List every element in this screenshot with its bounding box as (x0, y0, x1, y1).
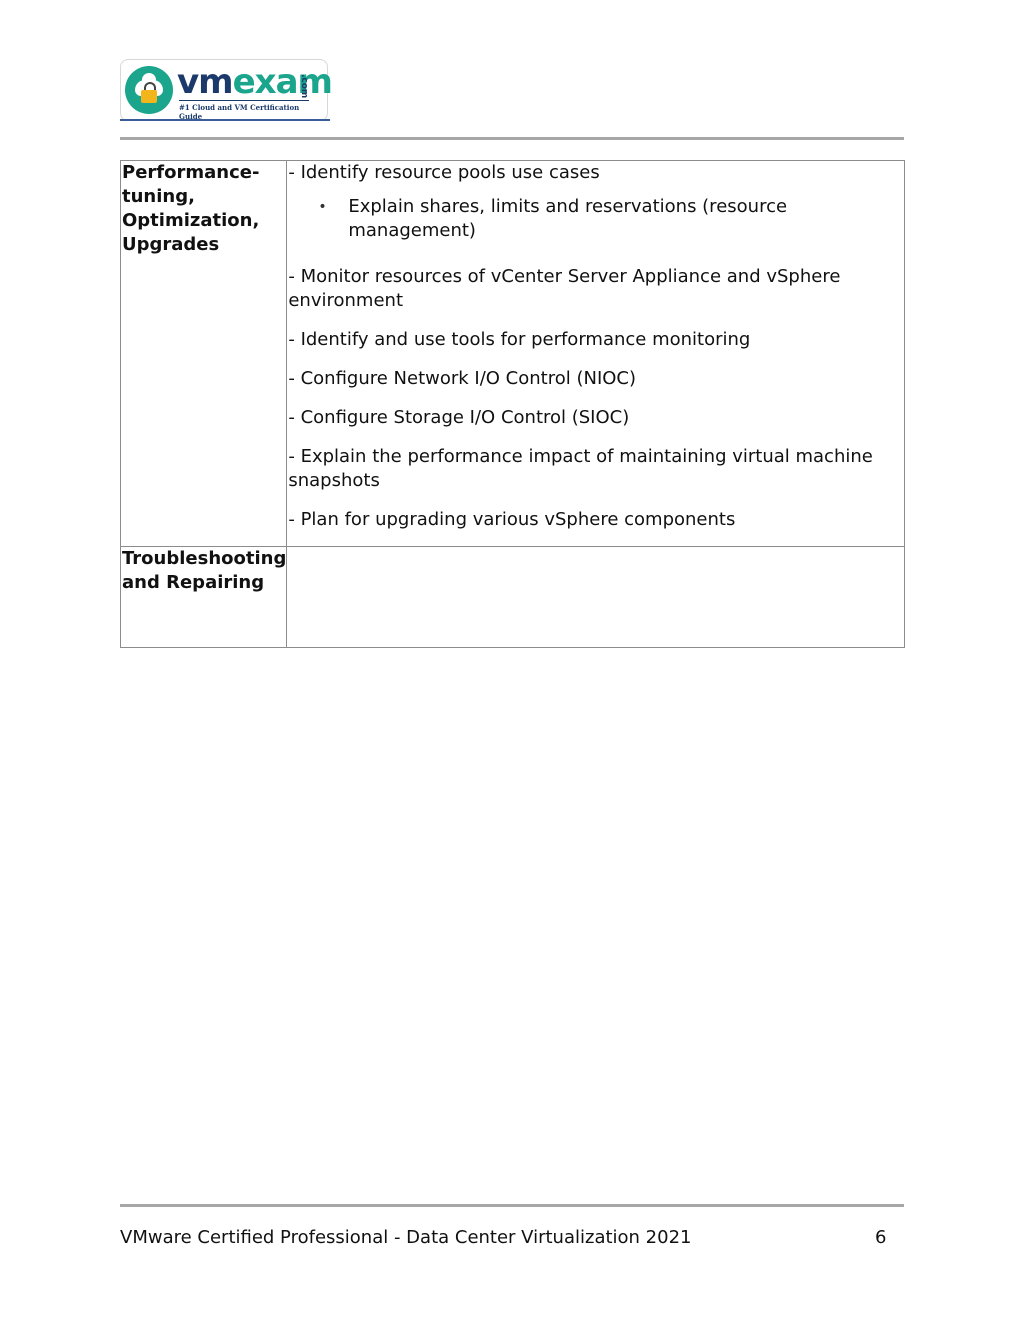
table-row: Performance-tuning, Optimization, Upgrad… (121, 161, 905, 547)
category-cell: Troubleshooting and Repairing (121, 547, 287, 648)
cloud-lock-icon (125, 66, 173, 114)
objective-item: - Plan for upgrading various vSphere com… (288, 508, 904, 532)
category-cell: Performance-tuning, Optimization, Upgrad… (121, 161, 287, 547)
footer-title: VMware Certified Professional - Data Cen… (120, 1227, 691, 1248)
header-divider (120, 137, 904, 140)
page-number: 6 (875, 1227, 886, 1248)
objective-item: - Identify and use tools for performance… (288, 328, 904, 352)
objective-item: - Explain the performance impact of main… (288, 445, 904, 493)
logo-domain-suffix: .com (299, 74, 309, 98)
objective-item: - Configure Storage I/O Control (SIOC) (288, 406, 904, 430)
logo-tagline: #1 Cloud and VM Certification Guide (179, 100, 309, 121)
sub-objective-item: Explain shares, limits and reservations … (348, 195, 904, 243)
logo-underline (120, 119, 330, 121)
footer-divider (120, 1204, 904, 1207)
objective-item: - Monitor resources of vCenter Server Ap… (288, 265, 904, 313)
table-row: Troubleshooting and Repairing (121, 547, 905, 648)
sub-objective-list: Explain shares, limits and reservations … (288, 195, 904, 243)
objectives-cell: - Identify resource pools use cases Expl… (287, 161, 905, 547)
objective-item: - Configure Network I/O Control (NIOC) (288, 367, 904, 391)
objective-item: - Identify resource pools use cases Expl… (288, 161, 904, 243)
exam-objectives-table: Performance-tuning, Optimization, Upgrad… (120, 160, 905, 648)
vmexam-logo: vmexam .com #1 Cloud and VM Certificatio… (120, 59, 328, 121)
objectives-cell (287, 547, 905, 648)
